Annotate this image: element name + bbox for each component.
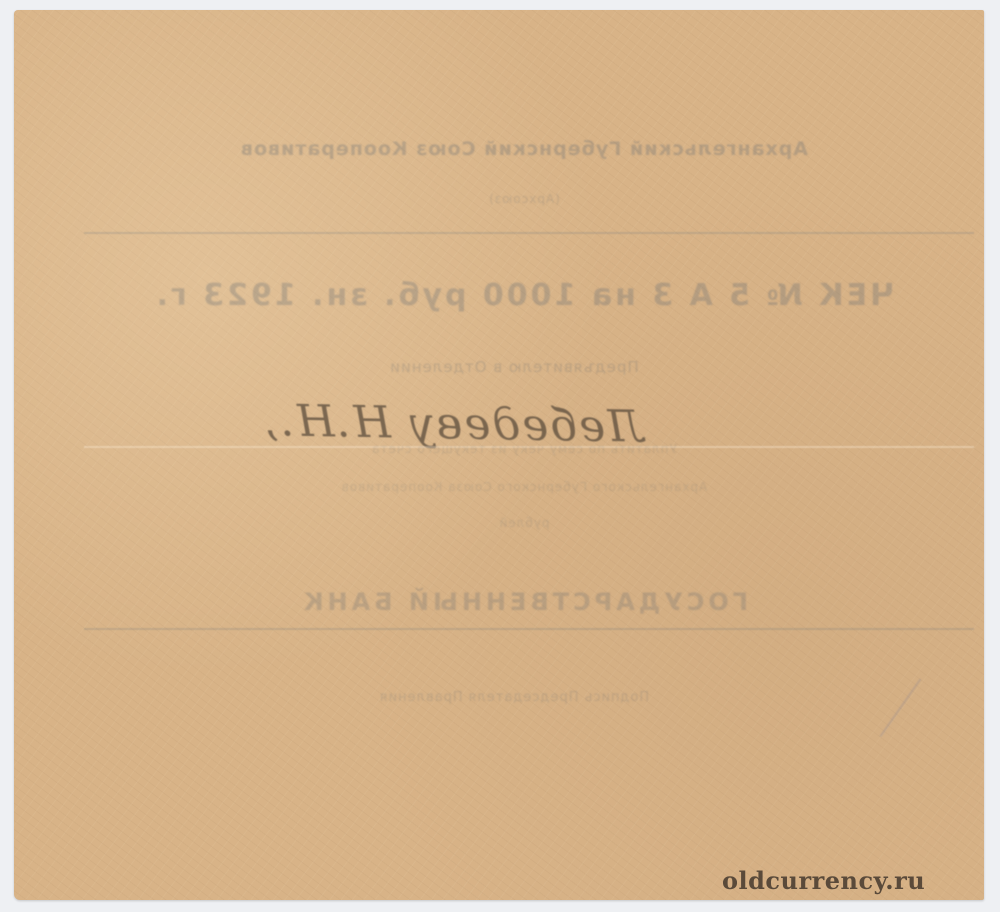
show-through-signature-line: Подпись Председателя Правления: [214, 690, 814, 705]
scan-background: Архангельский Губернский Союз Кооператив…: [0, 0, 1000, 912]
divider-line: [84, 232, 974, 234]
watermark-text: oldcurrency.ru: [722, 866, 925, 895]
show-through-title: ЧЕК № 5 А 3 на 1000 руб. зн. 1923 г.: [74, 278, 974, 313]
show-through-small-line: Уплатить по сему чеку из текущего счета: [74, 442, 974, 456]
show-through-subheader: (Архсоюз): [164, 192, 884, 206]
cheque-paper-reverse: Архангельский Губернский Союз Кооператив…: [14, 10, 984, 900]
show-through-bank-name: ГОСУДАРСТВЕННЫЙ БАНК: [74, 588, 974, 616]
show-through-small-line: рублей: [74, 516, 974, 530]
faint-stamp-mark: [880, 679, 971, 772]
show-through-small-line: Архангельского Губернского Союза Коопера…: [74, 480, 974, 494]
show-through-line: Предъявителю в Отделении: [214, 358, 814, 376]
show-through-header: Архангельский Губернский Союз Кооператив…: [164, 138, 884, 160]
perforated-edge: [978, 10, 984, 900]
divider-line: [84, 628, 974, 630]
